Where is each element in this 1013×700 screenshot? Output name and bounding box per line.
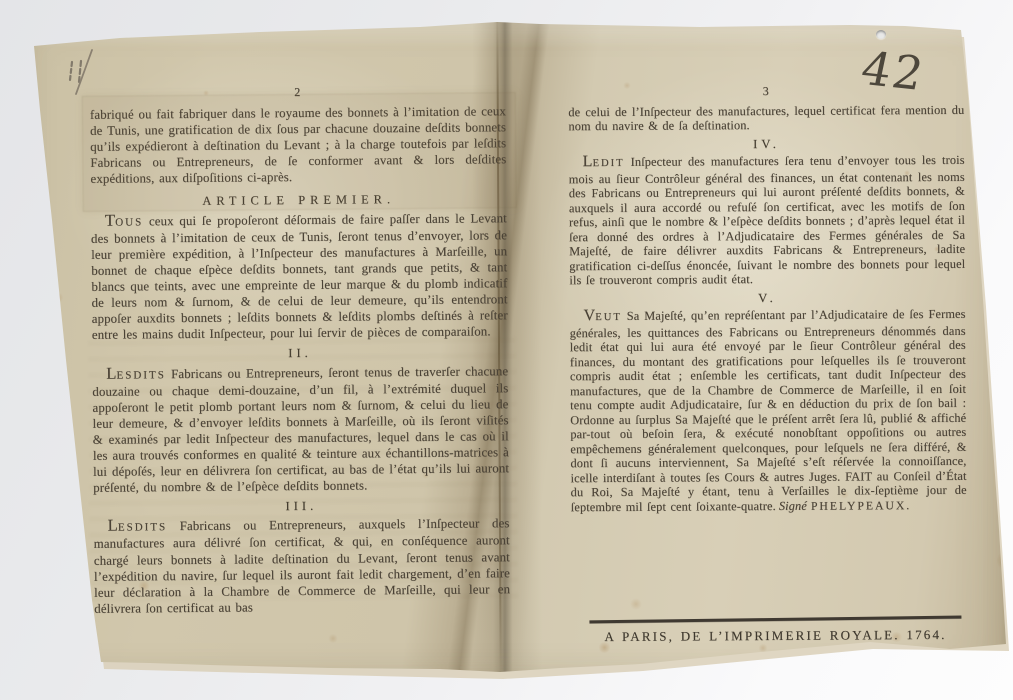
signature-label: Signé — [779, 498, 807, 512]
article-body: TOUS ceux qui ſe propoſeront déſormais d… — [91, 209, 508, 343]
page-2: 2 fabriqué ou fait fabriquer dans le roy… — [90, 82, 511, 618]
signature-name: PHELYPEAUX. — [811, 499, 911, 513]
lead-smallcaps: EDIT — [593, 158, 625, 169]
pamphlet-spread: 42 2 fabriqué ou fait fabriquer dans le … — [0, 0, 1013, 700]
showthrough-text — [88, 337, 518, 606]
article-heading: V. — [569, 289, 965, 306]
lead-capital: L — [583, 153, 593, 170]
imprint-rule — [589, 616, 961, 624]
article-text: Sa Majeſté, qu’en repréſentant par l’Adj… — [570, 307, 967, 514]
article-heading: IV. — [568, 135, 964, 152]
document-photo-scene: 42 2 fabriqué ou fait fabriquer dans le … — [0, 0, 1013, 700]
page-3: 3 de celui de l’Inſpecteur des manufactu… — [568, 83, 968, 685]
lead-capital: V — [584, 307, 596, 324]
lead-smallcaps: OUS — [115, 216, 143, 228]
article-text: ceux qui ſe propoſeront déſormais de fai… — [91, 211, 508, 342]
body-paragraph-continuation: de celui de l’Inſpecteur des manufacture… — [568, 102, 964, 133]
imprint: A PARIS, DE L’IMPRIMERIE ROYALE. 1764. — [589, 617, 961, 645]
foxing-spot — [328, 634, 338, 643]
punch-hole — [876, 30, 886, 39]
page-number: 3 — [568, 83, 964, 100]
lead-smallcaps: EUT — [595, 312, 622, 323]
article-text: Inſpecteur des manufactures ſera tenu d’… — [569, 153, 966, 287]
article-body: LEDIT Inſpecteur des manufactures ſera t… — [569, 152, 966, 288]
imprint-text: A PARIS, DE L’IMPRIMERIE ROYALE. 1764. — [589, 628, 961, 645]
lead-capital: T — [105, 210, 115, 229]
article-body: VEUT Sa Majeſté, qu’en repréſentant par … — [570, 306, 967, 515]
ink-bleedthrough — [82, 92, 517, 212]
